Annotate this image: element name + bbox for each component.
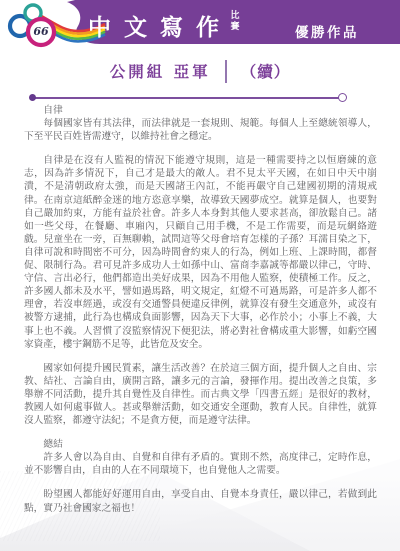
conclusion-heading: 總結 xyxy=(24,438,377,451)
section-group-label: 公開組 亞軍 xyxy=(110,60,211,82)
competition-title: 中文寫作 xyxy=(88,9,232,42)
page-number: 66 xyxy=(29,25,53,38)
essay-body: 自律 每個國家皆有其法律，而法律就是一套規則、規範。每個人上至總統領導人，下至平… xyxy=(24,104,377,515)
section-title-row: 公開組 亞軍 （續） xyxy=(0,57,400,85)
document-page: 66 中文寫作 比賽 優勝作品 公開組 亞軍 （續） 自律 每個國家皆有其法律，… xyxy=(0,0,400,551)
essay-paragraph: 每個國家皆有其法律，而法律就是一套規則、規範。每個人上至總統領導人，下至平民百姓… xyxy=(24,117,377,143)
section-divider-bar xyxy=(225,60,227,83)
section-continued-label: （續） xyxy=(241,60,291,82)
essay-title: 自律 xyxy=(24,104,377,117)
divider-ring-right xyxy=(338,93,347,102)
page-header-banner: 66 中文寫作 比賽 優勝作品 xyxy=(0,0,400,56)
essay-paragraph: 國家如何提升國民質素，讓生活改善？在於這三個方面，提升個人之自由、宗教、結社、言… xyxy=(24,362,377,427)
essay-paragraph: 盼望國人都能好好運用自由，享受自由、自覺本身責任，嚴以律己，若做到此點，實乃社會… xyxy=(24,488,377,514)
winning-works-label: 優勝作品 xyxy=(295,21,359,41)
divider-rule xyxy=(33,97,340,99)
essay-paragraph: 許多人會以為自由、自覺和自律有矛盾的。實則不然，高度律己，定時作息，並不影響自由… xyxy=(24,451,377,477)
essay-paragraph: 自律是在沒有人監視的情況下能遵守規則，這是一種需要持之以恒磨練的意志，因為許多情… xyxy=(24,154,377,350)
divider-dot-left xyxy=(29,94,36,101)
competition-title-suffix: 比賽 xyxy=(229,11,241,32)
